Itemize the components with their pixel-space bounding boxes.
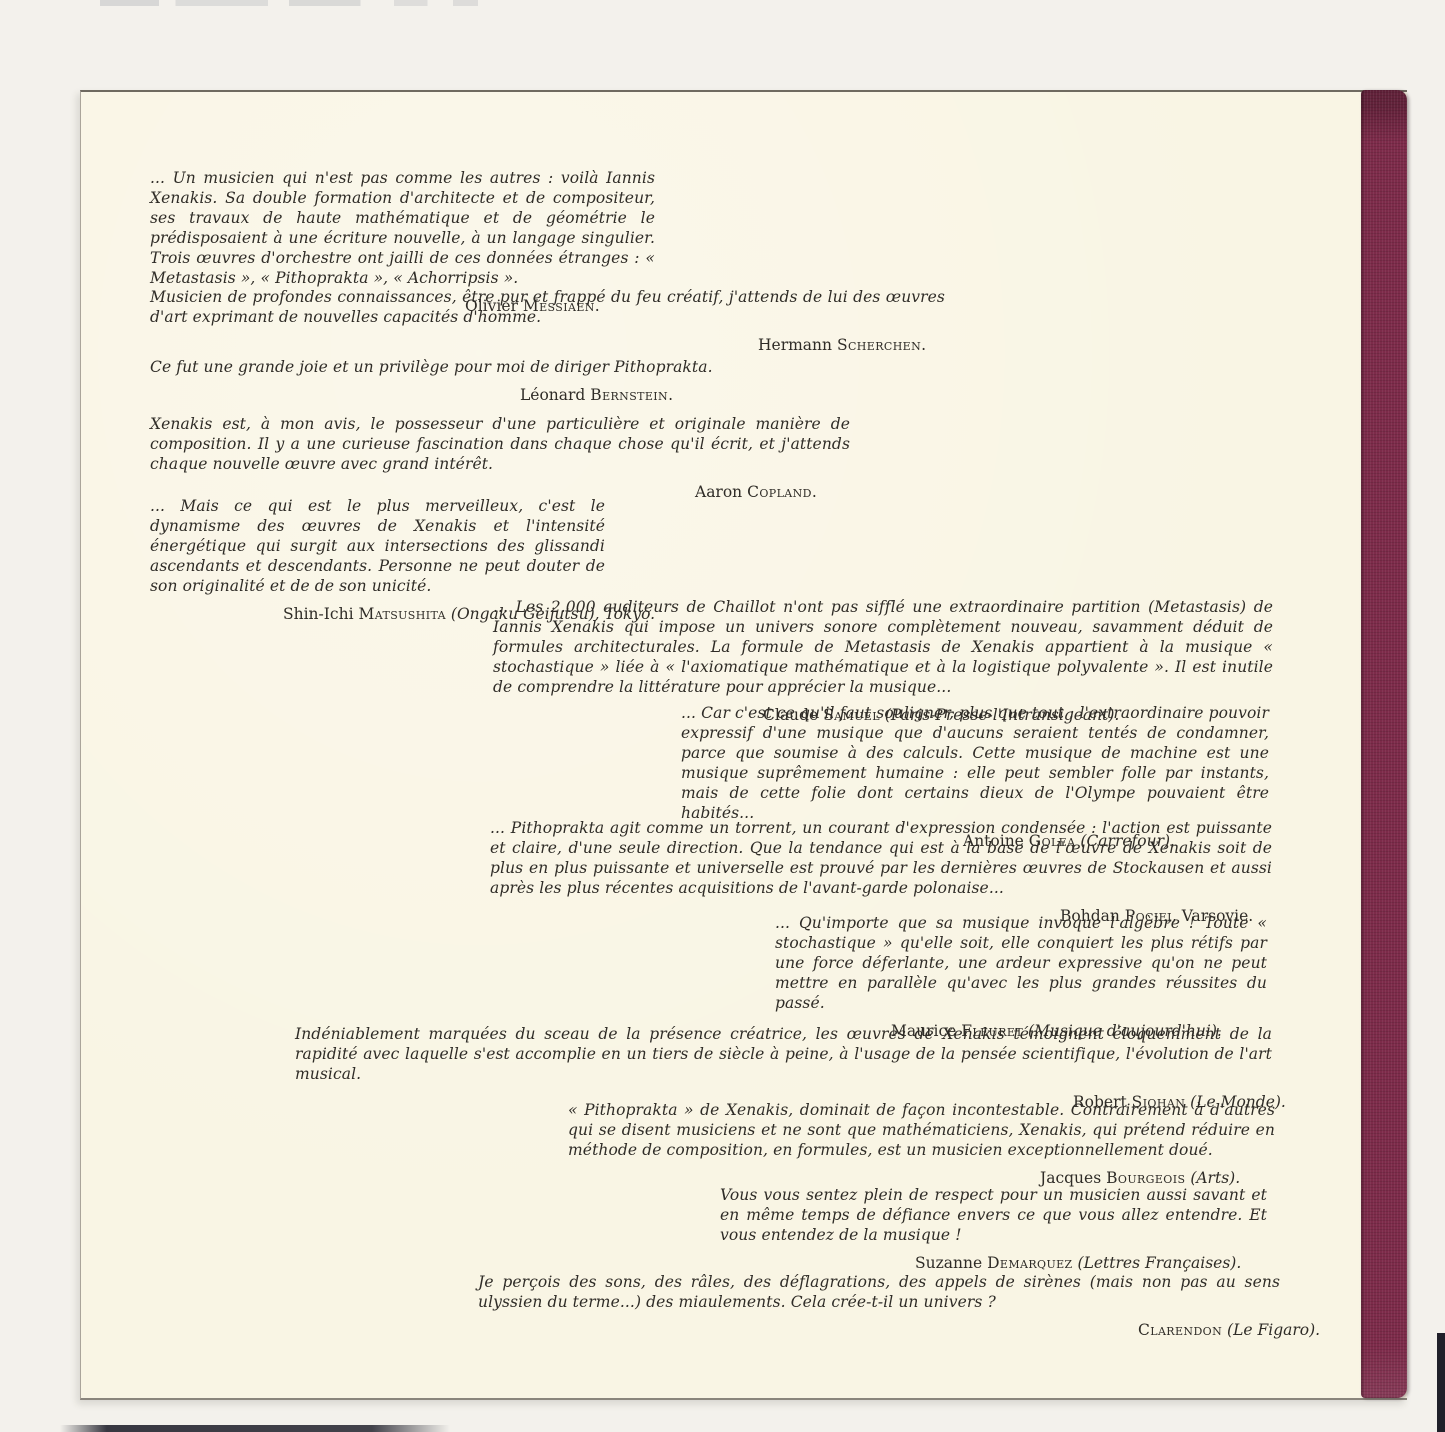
- quote-block: Je perçois des sons, des râles, des défl…: [478, 1272, 1280, 1340]
- attribution-name: Shin-Ichi: [283, 605, 358, 623]
- quote-block: Musicien de profondes connaissances, êtr…: [150, 287, 945, 355]
- attribution-source: (Lettres Françaises).: [1073, 1254, 1242, 1272]
- attribution-surname: Bernstein: [590, 386, 668, 404]
- attribution-name: Léonard: [520, 386, 590, 404]
- quote-text: ... Mais ce qui est le plus merveilleux,…: [150, 496, 605, 596]
- scanned-album-back-cover: ... Un musicien qui n'est pas comme les …: [0, 0, 1445, 1432]
- quotes-layer: ... Un musicien qui n'est pas comme les …: [0, 0, 1445, 1432]
- quote-text: ... Pithoprakta agit comme un torrent, u…: [490, 818, 1272, 898]
- attribution-surname: Clarendon: [1138, 1321, 1222, 1339]
- quote-text: Ce fut une grande joie et un privilège p…: [150, 357, 790, 377]
- attribution-name: Suzanne: [915, 1254, 987, 1272]
- quote-block: Indéniablement marquées du sceau de la p…: [295, 1024, 1272, 1112]
- quote-attribution: Suzanne Demarquez (Lettres Françaises).: [915, 1253, 1267, 1273]
- scan-artifact-bottom-left: [60, 1425, 450, 1432]
- quote-text: ... Les 2.000 auditeurs de Chaillot n'on…: [493, 597, 1273, 697]
- quote-attribution: Hermann Scherchen.: [758, 335, 945, 355]
- quote-text: ... Un musicien qui n'est pas comme les …: [150, 168, 655, 288]
- quote-text: ... Car c'est ce qu'il faut souligner, p…: [681, 703, 1269, 823]
- quote-block: ... Qu'importe que sa musique invoque l'…: [775, 913, 1267, 1041]
- quote-text: Indéniablement marquées du sceau de la p…: [295, 1024, 1272, 1084]
- attribution-source: (Le Figaro).: [1222, 1321, 1320, 1339]
- attribution-name: .: [921, 336, 926, 354]
- attribution-surname: Demarquez: [987, 1254, 1073, 1272]
- quote-attribution: Léonard Bernstein.: [520, 385, 790, 405]
- quote-block: Vous vous sentez plein de respect pour u…: [720, 1185, 1267, 1273]
- attribution-name: .: [668, 386, 673, 404]
- attribution-surname: Matsushita: [358, 605, 446, 623]
- quote-attribution: Clarendon (Le Figaro).: [1138, 1320, 1280, 1340]
- quote-block: Ce fut une grande joie et un privilège p…: [150, 357, 790, 405]
- quote-text: Xenakis est, à mon avis, le possesseur d…: [150, 414, 850, 474]
- quote-text: Je perçois des sons, des râles, des défl…: [478, 1272, 1280, 1312]
- attribution-name: .: [812, 483, 817, 501]
- scan-artifact-bottom-right: [1437, 1333, 1445, 1432]
- attribution-surname: Scherchen: [837, 336, 921, 354]
- attribution-name: Hermann: [758, 336, 837, 354]
- quote-block: Xenakis est, à mon avis, le possesseur d…: [150, 414, 850, 502]
- quote-block: « Pithoprakta » de Xenakis, dominait de …: [568, 1100, 1275, 1188]
- attribution-name: Aaron: [695, 483, 747, 501]
- attribution-surname: Copland: [747, 483, 812, 501]
- quote-text: « Pithoprakta » de Xenakis, dominait de …: [568, 1100, 1275, 1160]
- quote-text: ... Qu'importe que sa musique invoque l'…: [775, 913, 1267, 1013]
- quote-text: Musicien de profondes connaissances, êtr…: [150, 287, 945, 327]
- quote-attribution: Aaron Copland.: [695, 482, 850, 502]
- quote-text: Vous vous sentez plein de respect pour u…: [720, 1185, 1267, 1245]
- quote-block: ... Pithoprakta agit comme un torrent, u…: [490, 818, 1272, 926]
